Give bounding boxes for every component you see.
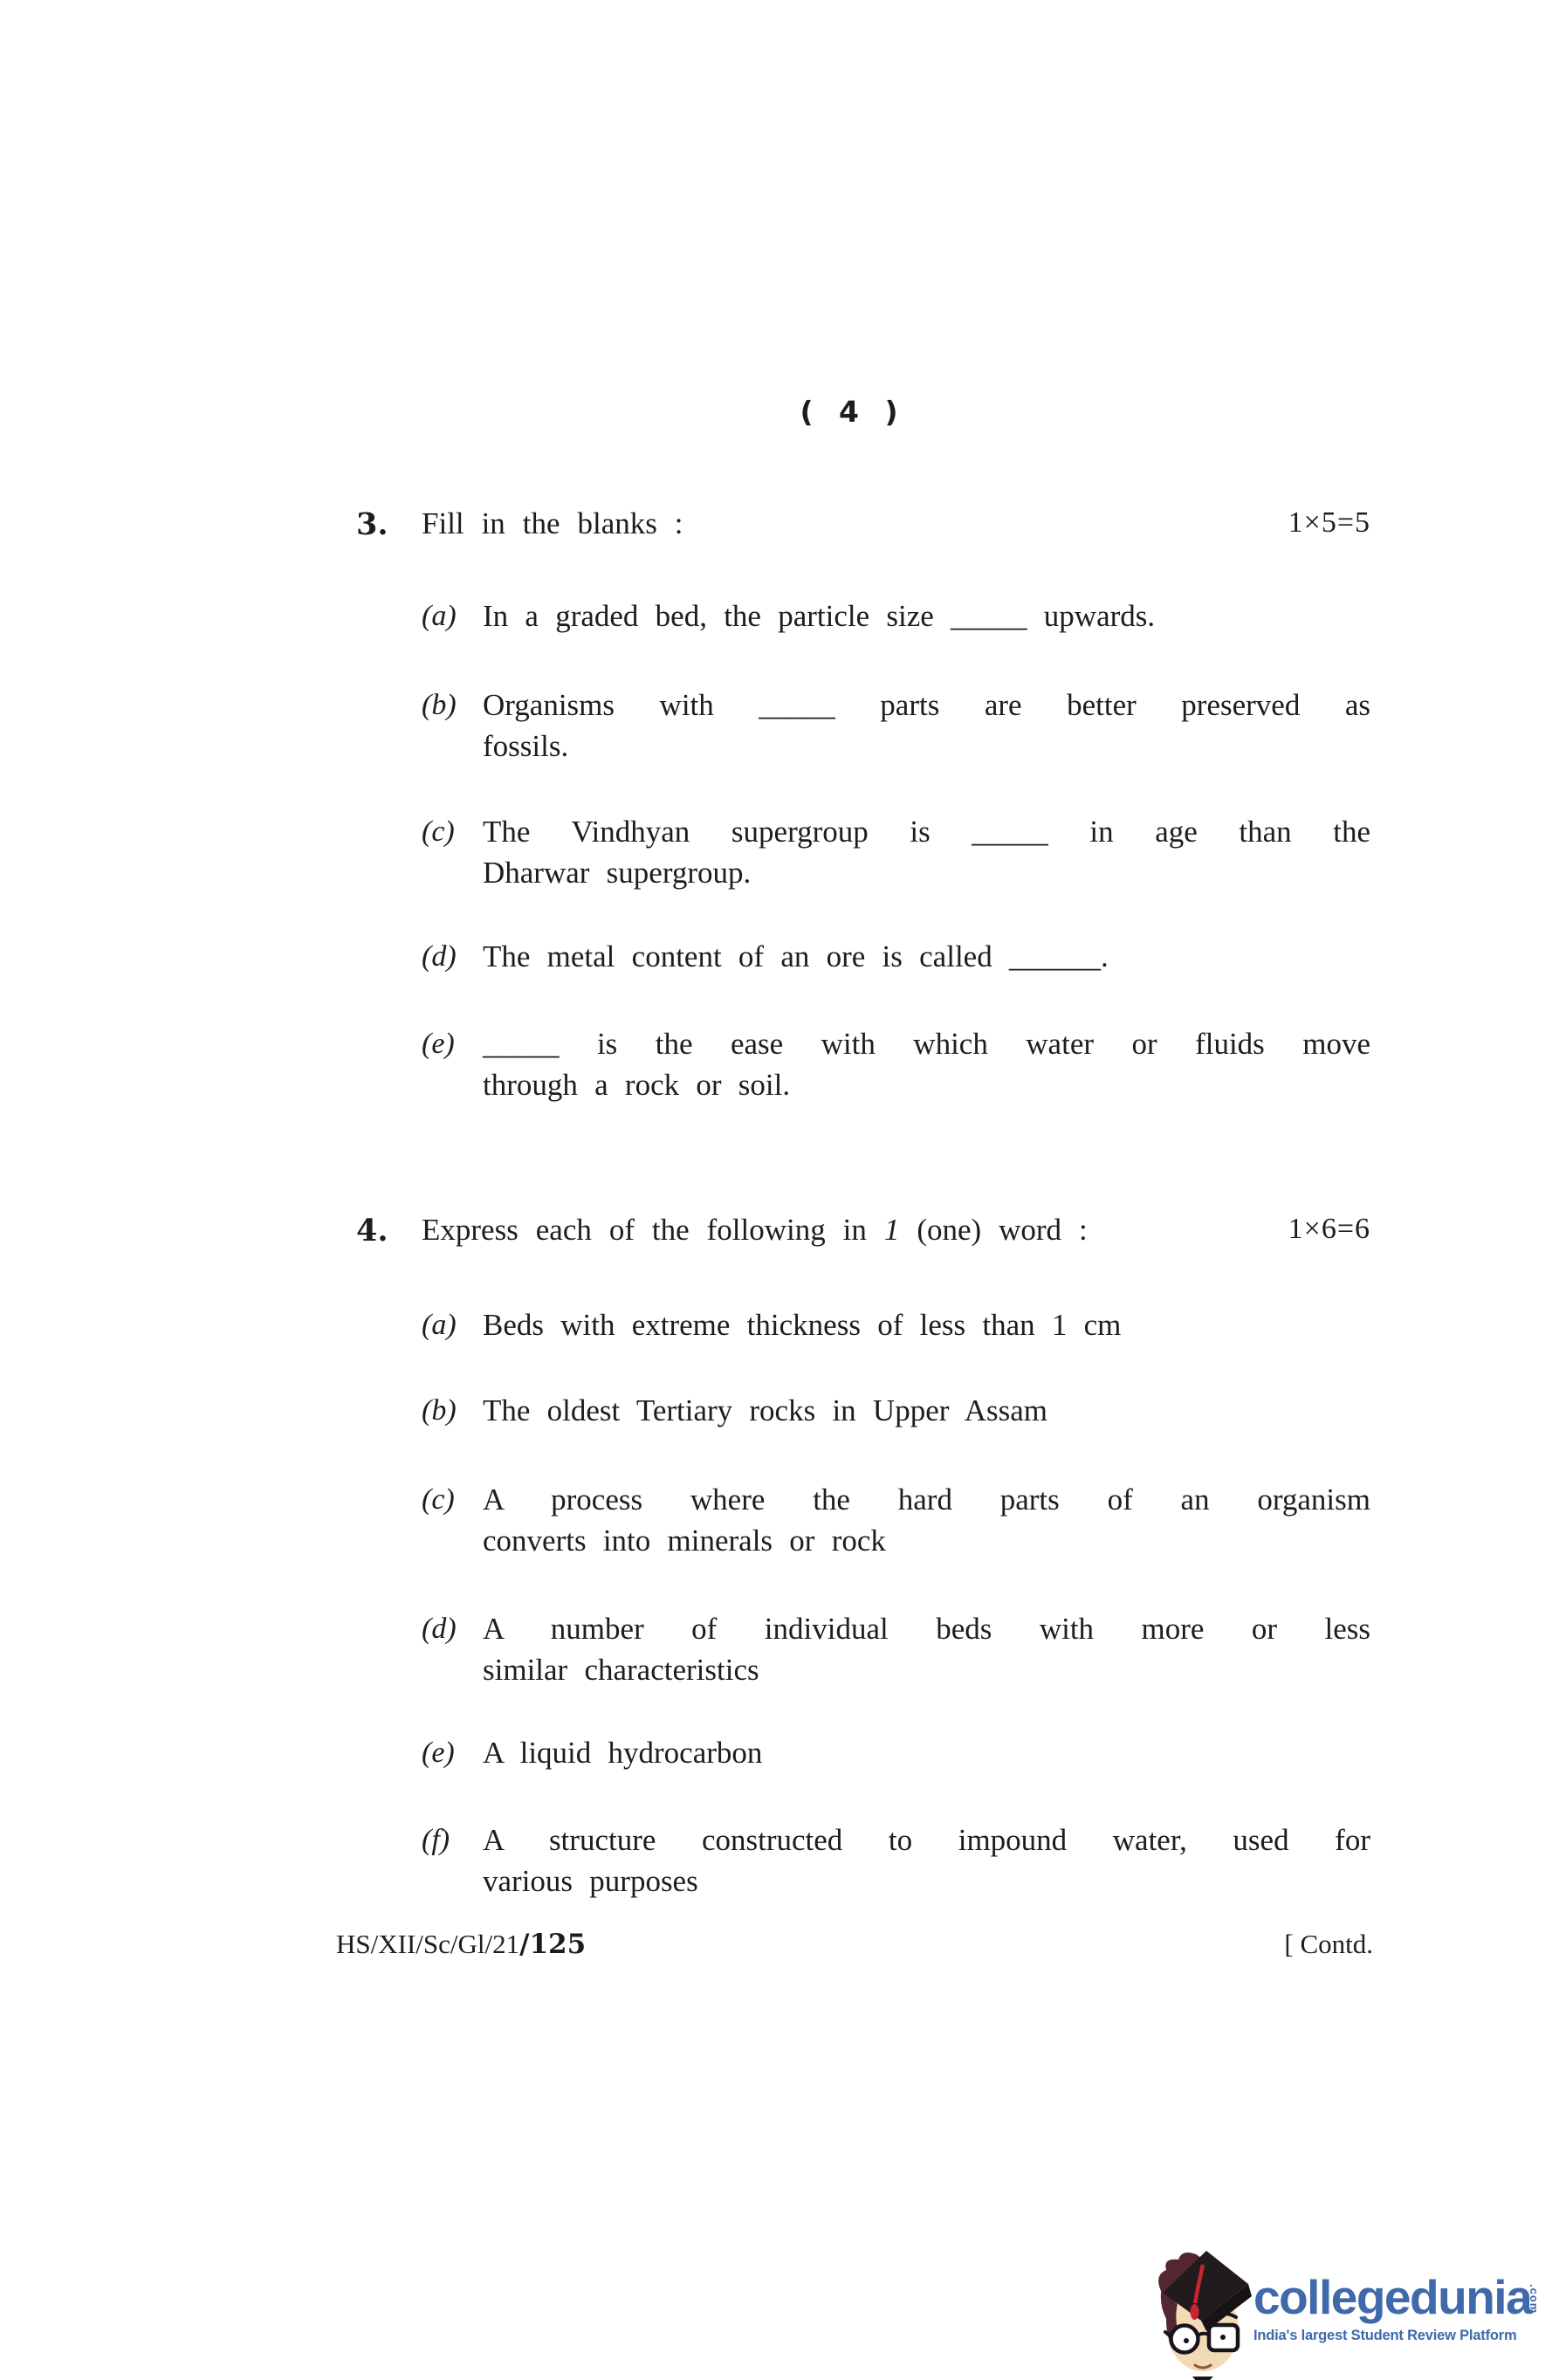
- item-label: (c): [422, 1479, 483, 1520]
- question-item: (b) The oldest Tertiary rocks in Upper A…: [422, 1390, 1370, 1431]
- paper-code: HS/XII/Sc/Gl/21/125: [336, 1929, 586, 1960]
- item-text: Beds with extreme thickness of less than…: [483, 1304, 1370, 1345]
- question-item: (d) The metal content of an ore is calle…: [422, 936, 1370, 977]
- paper-code-regular: HS/XII/Sc/Gl/21: [336, 1929, 519, 1959]
- item-label: (e): [422, 1023, 483, 1064]
- item-label: (e): [422, 1732, 483, 1773]
- question-3-number: 3.: [356, 506, 388, 542]
- item-line: A structure constructed to impound water…: [483, 1819, 1370, 1861]
- item-label: (b): [422, 684, 483, 726]
- item-line: Beds with extreme thickness of less than…: [483, 1304, 1370, 1345]
- item-line: Dharwar supergroup.: [483, 852, 1370, 893]
- item-text: The oldest Tertiary rocks in Upper Assam: [483, 1390, 1370, 1431]
- item-line: through a rock or soil.: [483, 1064, 1370, 1105]
- exam-paper-page: ( 4 ) 3. Fill in the blanks : 1×5=5 (a) …: [0, 0, 1559, 2380]
- item-line: various purposes: [483, 1861, 1370, 1902]
- question-4-title-italic: 1: [884, 1213, 900, 1247]
- item-line: The oldest Tertiary rocks in Upper Assam: [483, 1390, 1370, 1431]
- question-4-number: 4.: [356, 1213, 388, 1248]
- question-4-title: Express each of the following in 1 (one)…: [422, 1213, 1088, 1248]
- item-line: converts into minerals or rock: [483, 1520, 1370, 1561]
- question-item: (b) Organisms with _____ parts are bette…: [422, 684, 1370, 767]
- item-line: A number of individual beds with more or…: [483, 1608, 1370, 1649]
- question-4-title-prefix: Express each of the following in: [422, 1213, 867, 1247]
- question-4-marks: 1×6=6: [1109, 1213, 1370, 1246]
- collegedunia-logo: collegedunia .com India's largest Studen…: [1149, 2232, 1559, 2380]
- item-text: Organisms with _____ parts are better pr…: [483, 684, 1370, 767]
- item-label: (a): [422, 1304, 483, 1345]
- item-text: A structure constructed to impound water…: [483, 1819, 1370, 1902]
- item-text: A number of individual beds with more or…: [483, 1608, 1370, 1690]
- paper-code-bold: /125: [519, 1929, 586, 1960]
- question-3-title: Fill in the blanks :: [422, 506, 683, 541]
- item-text: A liquid hydrocarbon: [483, 1732, 1370, 1773]
- logo-text-block: collegedunia .com India's largest Studen…: [1253, 2272, 1559, 2344]
- contd-note: [ Contd.: [1109, 1929, 1373, 1960]
- item-label: (d): [422, 1608, 483, 1649]
- item-line: A liquid hydrocarbon: [483, 1732, 1370, 1773]
- item-line: _____ is the ease with which water or fl…: [483, 1023, 1370, 1064]
- student-mascot-icon: [1149, 2246, 1253, 2380]
- item-line: The Vindhyan supergroup is _____ in age …: [483, 811, 1370, 852]
- item-line: fossils.: [483, 726, 1370, 767]
- item-label: (d): [422, 936, 483, 977]
- item-line: similar characteristics: [483, 1649, 1370, 1690]
- item-label: (b): [422, 1390, 483, 1431]
- item-text: _____ is the ease with which water or fl…: [483, 1023, 1370, 1105]
- brand-tld: .com: [1528, 2284, 1541, 2314]
- item-text: A process where the hard parts of an org…: [483, 1479, 1370, 1561]
- item-line: A process where the hard parts of an org…: [483, 1479, 1370, 1520]
- item-text: The metal content of an ore is called __…: [483, 936, 1370, 977]
- item-line: Organisms with _____ parts are better pr…: [483, 684, 1370, 726]
- question-4-heading: 4. Express each of the following in 1 (o…: [0, 1213, 1559, 1256]
- question-item: (a) In a graded bed, the particle size _…: [422, 595, 1370, 636]
- question-item: (e) A liquid hydrocarbon: [422, 1732, 1370, 1773]
- question-3-marks: 1×5=5: [1109, 506, 1370, 540]
- question-item: (c) A process where the hard parts of an…: [422, 1479, 1370, 1561]
- item-line: In a graded bed, the particle size _____…: [483, 595, 1370, 636]
- item-label: (a): [422, 595, 483, 636]
- question-item: (c) The Vindhyan supergroup is _____ in …: [422, 811, 1370, 893]
- item-text: In a graded bed, the particle size _____…: [483, 595, 1370, 636]
- question-item: (d) A number of individual beds with mor…: [422, 1608, 1370, 1690]
- item-label: (f): [422, 1819, 483, 1861]
- item-text: The Vindhyan supergroup is _____ in age …: [483, 811, 1370, 893]
- question-item: (e) _____ is the ease with which water o…: [422, 1023, 1370, 1105]
- item-line: The metal content of an ore is called __…: [483, 936, 1370, 977]
- item-label: (c): [422, 811, 483, 852]
- question-item: (a) Beds with extreme thickness of less …: [422, 1304, 1370, 1345]
- question-item: (f) A structure constructed to impound w…: [422, 1819, 1370, 1902]
- brand-tagline: India's largest Student Review Platform: [1253, 2328, 1559, 2344]
- question-3-heading: 3. Fill in the blanks : 1×5=5: [0, 506, 1559, 550]
- question-4-title-suffix: (one) word :: [917, 1213, 1087, 1247]
- page-number: ( 4 ): [748, 395, 958, 429]
- brand-wordmark: collegedunia: [1253, 2272, 1559, 2322]
